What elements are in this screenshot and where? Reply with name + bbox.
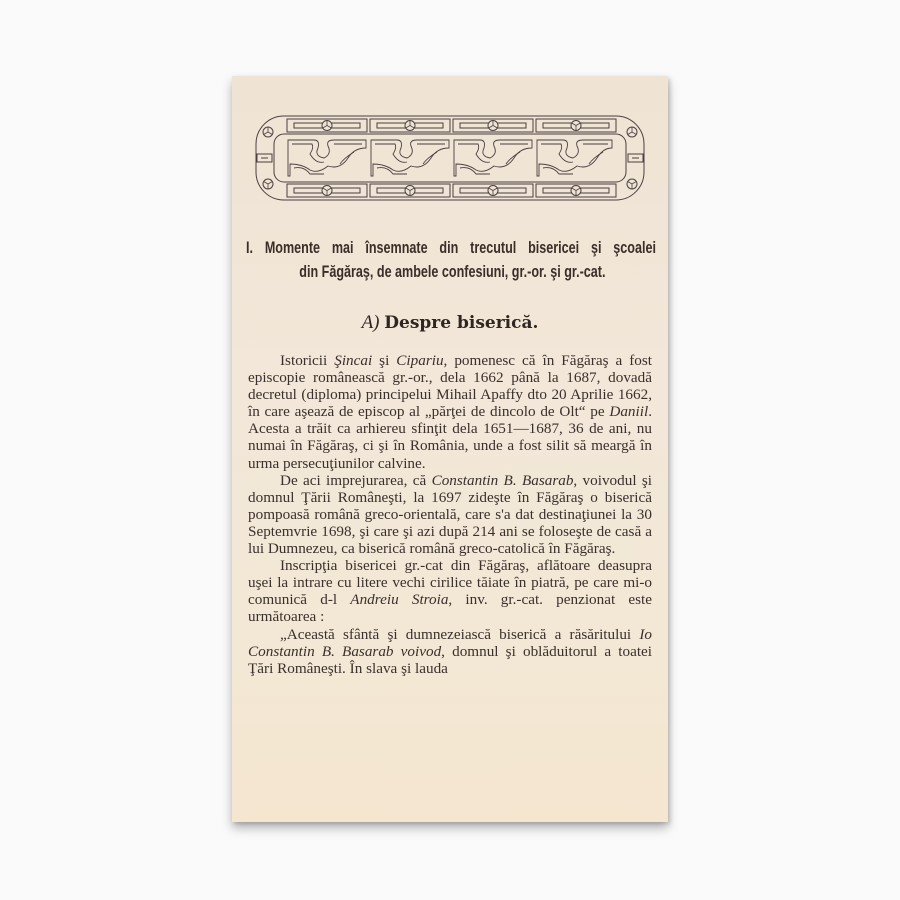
paragraph: „Această sfântă şi dumnezeiască biserică… [248,626,652,677]
section-title: A) Despre biserică. [232,312,668,334]
chapter-heading: I. Momente mai însemnate din trecutul bi… [246,236,549,284]
italic-name: Daniil [609,403,648,420]
chapter-heading-line-1: I. Momente mai însemnate din trecutul bi… [246,236,656,260]
book-page: I. Momente mai însemnate din trecutul bi… [232,76,668,822]
paragraph: Inscripţia bisericei gr.-cat din Făgăraş… [248,557,652,625]
section-title-text: Despre biserică. [384,313,538,333]
chapter-heading-line-2: din Făgăraş, de ambele confesiuni, gr.-o… [246,260,549,284]
italic-name: Cipariu [396,352,443,369]
decorative-border-icon [254,114,646,202]
section-label: A) [362,312,380,333]
italic-name: Şincai [334,352,372,369]
italic-name: Andreiu Stroia [350,591,448,608]
text-segment: De aci imprejurarea, că [280,472,432,489]
body-text: Istoricii Şincai şi Cipariu, pomenesc că… [248,352,652,677]
paragraph: Istoricii Şincai şi Cipariu, pomenesc că… [248,352,652,472]
italic-name: Constantin B. Basarab [432,472,574,489]
text-segment: „Această sfântă şi dumnezeiască biserică… [280,626,639,643]
text-segment: Istoricii [280,352,334,369]
text-segment: şi [372,352,396,369]
paragraph: De aci imprejurarea, că Constantin B. Ba… [248,472,652,557]
